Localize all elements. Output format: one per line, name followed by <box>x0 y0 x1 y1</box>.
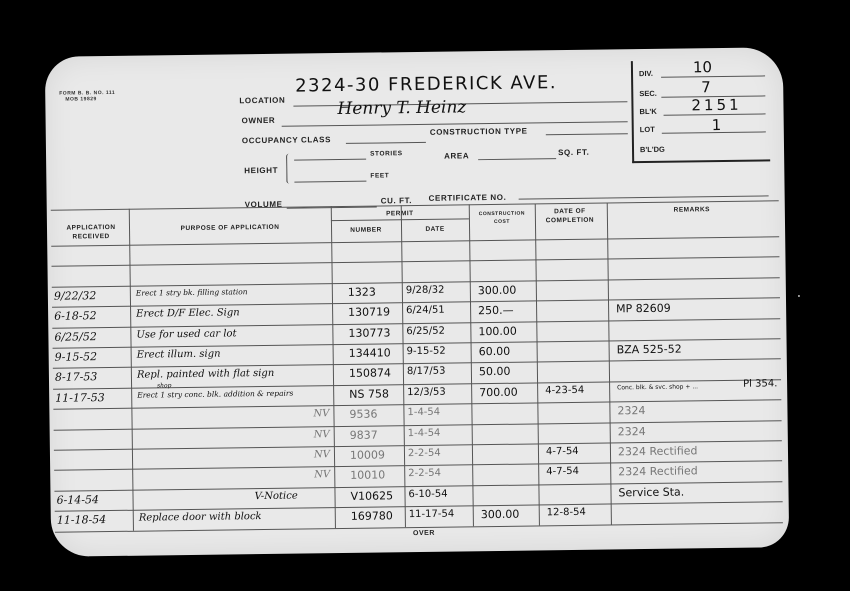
blk-label: BL'K <box>639 107 656 116</box>
cell-cost: 300.00 <box>481 508 520 522</box>
cell-remarks: 2324 Rectified <box>618 465 698 479</box>
cell-number-prefix: NV <box>313 408 329 419</box>
cell-remarks: BZA 525-52 <box>617 343 682 357</box>
cell-remarks: MP 82609 <box>616 302 671 316</box>
header-construction-cost: CONSTRUCTION COST <box>469 209 535 226</box>
cell-number: 130719 <box>348 306 390 320</box>
cell-remarks: Conc. blk. & svc. shop + ... <box>617 383 707 391</box>
div-rule <box>661 75 765 77</box>
cell-received: 6-18-52 <box>54 309 97 323</box>
header-application-received-line2: RECEIVED <box>55 232 127 242</box>
form-number: FORM B. B. NO. 111 MOB 19829 <box>59 90 115 103</box>
sq-ft-label: SQ. FT. <box>558 148 589 157</box>
permit-table: APPLICATION RECEIVED PURPOSE OF APPLICAT… <box>51 200 783 530</box>
table-column-rule <box>401 205 406 527</box>
header-construction-cost-line2: COST <box>469 217 535 226</box>
table-row-rule <box>51 257 779 268</box>
table-row-rule <box>51 236 779 247</box>
header-application-received: APPLICATION RECEIVED <box>55 223 127 242</box>
cell-date: 9/28/32 <box>406 284 445 296</box>
cell-number-prefix: NV <box>314 449 330 460</box>
cell-number-prefix: NV <box>314 429 330 440</box>
cell-purpose: Erect illum. sign <box>137 349 221 361</box>
cell-date: 2-2-54 <box>408 468 441 479</box>
div-value: 10 <box>693 58 712 76</box>
cell-cost: 100.00 <box>478 324 517 338</box>
cell-purpose: Erect D/F Elec. Sign <box>136 308 240 320</box>
header-date-of-completion-line2: COMPLETION <box>535 216 605 226</box>
header-purpose: PURPOSE OF APPLICATION <box>131 222 329 234</box>
table-column-rule <box>535 203 540 525</box>
location-label: LOCATION <box>239 96 285 106</box>
cell-number: 9536 <box>349 408 377 421</box>
cell-received: 11-17-53 <box>55 391 105 405</box>
cell-date: 6-10-54 <box>408 488 447 500</box>
cell-cost: 300.00 <box>478 283 517 297</box>
cell-cost: 60.00 <box>479 345 511 358</box>
cell-purpose: Replace door with block <box>139 511 262 524</box>
cell-date: 8/17/53 <box>407 366 446 378</box>
header-number: NUMBER <box>331 225 401 235</box>
area-label: AREA <box>444 151 469 160</box>
cell-received: 11-18-54 <box>57 513 107 527</box>
occupancy-class-field <box>346 142 426 144</box>
cell-date: 9-15-52 <box>407 346 446 358</box>
certificate-no-field <box>519 195 769 199</box>
certificate-no-label: CERTIFICATE NO. <box>429 193 507 203</box>
cell-cost: 50.00 <box>479 365 511 378</box>
location-value: 2324-30 FREDERICK AVE. <box>295 72 557 96</box>
sec-label: SEC. <box>639 89 657 98</box>
cell-purpose: Erect 1 stry bk. filling station <box>136 287 248 297</box>
table-column-rule <box>469 204 474 526</box>
cell-number: 130773 <box>348 326 390 340</box>
cell-number: 134410 <box>349 346 391 360</box>
header-date-of-completion: DATE OF COMPLETION <box>535 207 605 226</box>
cell-purpose-note: shop <box>157 382 171 389</box>
cell-number: 9837 <box>350 428 378 441</box>
div-label: DIV. <box>639 69 653 78</box>
cu-ft-label: CU. FT. <box>381 196 412 205</box>
cell-date: 1-4-54 <box>408 427 441 438</box>
cell-received: 9-15-52 <box>55 350 98 364</box>
height-label: HEIGHT <box>244 166 278 175</box>
blk-value: 2151 <box>691 96 741 115</box>
cell-purpose: V-Notice <box>254 490 297 502</box>
cell-purpose: Repl. painted with flat sign <box>137 368 274 381</box>
cell-number: 10010 <box>350 469 385 482</box>
header-date: DATE <box>401 224 469 234</box>
lot-label: LOT <box>640 125 655 134</box>
cell-remarks: 2324 <box>617 404 645 417</box>
cell-completion: 4-7-54 <box>546 446 579 457</box>
owner-label: OWNER <box>242 116 276 125</box>
cell-purpose: Use for used car lot <box>136 328 236 340</box>
feet-field <box>294 181 366 183</box>
construction-type-field <box>546 133 628 135</box>
cell-number-prefix: NV <box>314 470 330 481</box>
cell-date: 12/3/53 <box>407 386 446 398</box>
cell-number: NS 758 <box>349 387 389 401</box>
cell-number: V10625 <box>350 489 393 503</box>
bldg-label: B'L'DG <box>640 145 665 154</box>
cell-completion: 4-7-54 <box>546 466 579 477</box>
header-remarks: REMARKS <box>607 204 777 215</box>
area-field <box>478 158 556 160</box>
cell-number: 169780 <box>351 510 393 524</box>
owner-value: Henry T. Heinz <box>337 97 466 119</box>
cell-date: 6/24/51 <box>406 305 445 317</box>
height-brace <box>286 154 292 184</box>
cell-remarks: 2324 <box>618 425 646 438</box>
owner-rule <box>282 121 628 127</box>
cell-received: 9/22/32 <box>54 289 97 303</box>
cell-received: 6-14-54 <box>56 493 99 507</box>
lot-value: 1 <box>712 116 722 134</box>
cell-number: 150874 <box>349 367 391 381</box>
table-column-rule <box>607 202 612 524</box>
cell-number: 10009 <box>350 448 385 461</box>
cell-date: 1-4-54 <box>407 407 440 418</box>
cell-date: 11-17-54 <box>409 509 455 521</box>
sec-value: 7 <box>701 78 711 96</box>
cell-purpose: Erect 1 stry conc. blk. addition & repai… <box>137 388 293 399</box>
cell-number: 1323 <box>348 285 376 298</box>
building-permit-card: FORM B. B. NO. 111 MOB 19829 LOCATION 23… <box>45 47 789 557</box>
occupancy-class-label: OCCUPANCY CLASS <box>242 135 331 145</box>
cell-cost: 700.00 <box>479 385 518 399</box>
cell-remarks: 2324 Rectified <box>618 444 698 458</box>
table-column-rule <box>331 206 336 528</box>
cell-completion: 12-8-54 <box>547 507 586 519</box>
cell-received: 6/25/52 <box>54 330 97 344</box>
stories-field <box>294 159 366 161</box>
cell-cost: 250.— <box>478 304 514 317</box>
cell-date: 2-2-54 <box>408 448 441 459</box>
cell-remarks: Service Sta. <box>618 485 684 499</box>
lot-info-box: DIV. 10 SEC. 7 BL'K 2151 LOT 1 B'L'DG <box>631 59 770 163</box>
table-column-rule <box>129 209 134 531</box>
over-label: OVER <box>413 530 435 537</box>
form-number-line2: MOB 19829 <box>59 96 115 103</box>
cell-received: 8-17-53 <box>55 371 98 385</box>
construction-type-label: CONSTRUCTION TYPE <box>430 127 528 137</box>
cell-remarks-extra: Pl 354. <box>743 378 777 389</box>
cell-date: 6/25/52 <box>406 325 445 337</box>
feet-label: FEET <box>370 172 389 179</box>
cell-completion: 4-23-54 <box>545 385 584 397</box>
stories-label: STORIES <box>370 150 403 157</box>
speck <box>798 295 800 297</box>
